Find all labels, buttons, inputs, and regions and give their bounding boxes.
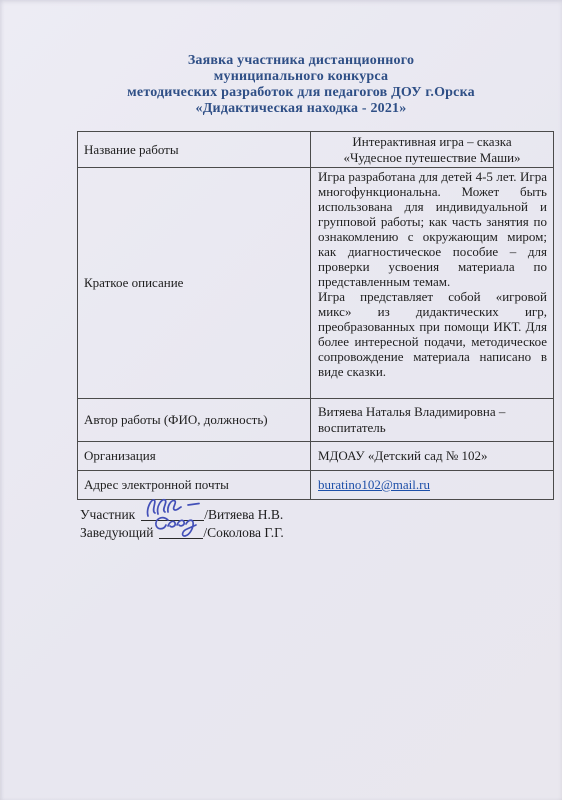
work-title-label: Название работы xyxy=(78,132,311,168)
email-value-cell: buratino102@mail.ru xyxy=(311,471,554,500)
title-line-2: муниципального конкурса xyxy=(70,69,532,85)
work-title-value-line-1: Интерактивная игра – сказка xyxy=(314,134,550,150)
table-row-email: Адрес электронной почты buratino102@mail… xyxy=(78,471,554,500)
application-table: Название работы Интерактивная игра – ска… xyxy=(77,131,554,500)
head-signature-row: Заведующий/Соколова Г.Г. xyxy=(80,523,284,541)
email-label: Адрес электронной почты xyxy=(78,471,311,500)
work-title-value: Интерактивная игра – сказка «Чудесное пу… xyxy=(311,132,554,168)
document-page: Заявка участника дистанционного муниципа… xyxy=(0,0,562,800)
organization-label: Организация xyxy=(78,442,311,471)
table-row-work-title: Название работы Интерактивная игра – ска… xyxy=(78,132,554,168)
participant-name: /Витяева Н.В. xyxy=(204,507,283,522)
email-link[interactable]: buratino102@mail.ru xyxy=(318,477,430,492)
title-line-1: Заявка участника дистанционного xyxy=(70,53,532,69)
page-title: Заявка участника дистанционного муниципа… xyxy=(70,53,532,117)
table-row-description: Краткое описание Игра разработана для де… xyxy=(78,168,554,399)
participant-label: Участник xyxy=(80,507,135,522)
participant-signature-line xyxy=(141,507,204,521)
table-row-organization: Организация МДОАУ «Детский сад № 102» xyxy=(78,442,554,471)
description-paragraph-2: Игра представляет собой «игровой микс» и… xyxy=(318,289,547,379)
head-signature-line xyxy=(159,525,203,539)
title-line-3: методических разработок для педагогов ДО… xyxy=(70,85,532,101)
organization-value: МДОАУ «Детский сад № 102» xyxy=(311,442,554,471)
participant-signature-row: Участник/Витяева Н.В. xyxy=(80,505,284,523)
signature-block: Участник/Витяева Н.В. Заведующий/Соколов… xyxy=(80,505,284,541)
table-row-author: Автор работы (ФИО, должность) Витяева На… xyxy=(78,399,554,442)
head-name: /Соколова Г.Г. xyxy=(203,525,283,540)
description-paragraph-1: Игра разработана для детей 4-5 лет. Игра… xyxy=(318,169,547,289)
description-label: Краткое описание xyxy=(78,168,311,399)
description-value: Игра разработана для детей 4-5 лет. Игра… xyxy=(311,168,554,399)
title-line-4: «Дидактическая находка - 2021» xyxy=(70,101,532,117)
author-label: Автор работы (ФИО, должность) xyxy=(78,399,311,442)
author-value: Витяева Наталья Владимировна – воспитате… xyxy=(311,399,554,442)
head-label: Заведующий xyxy=(80,525,153,540)
work-title-value-line-2: «Чудесное путешествие Маши» xyxy=(314,150,550,166)
